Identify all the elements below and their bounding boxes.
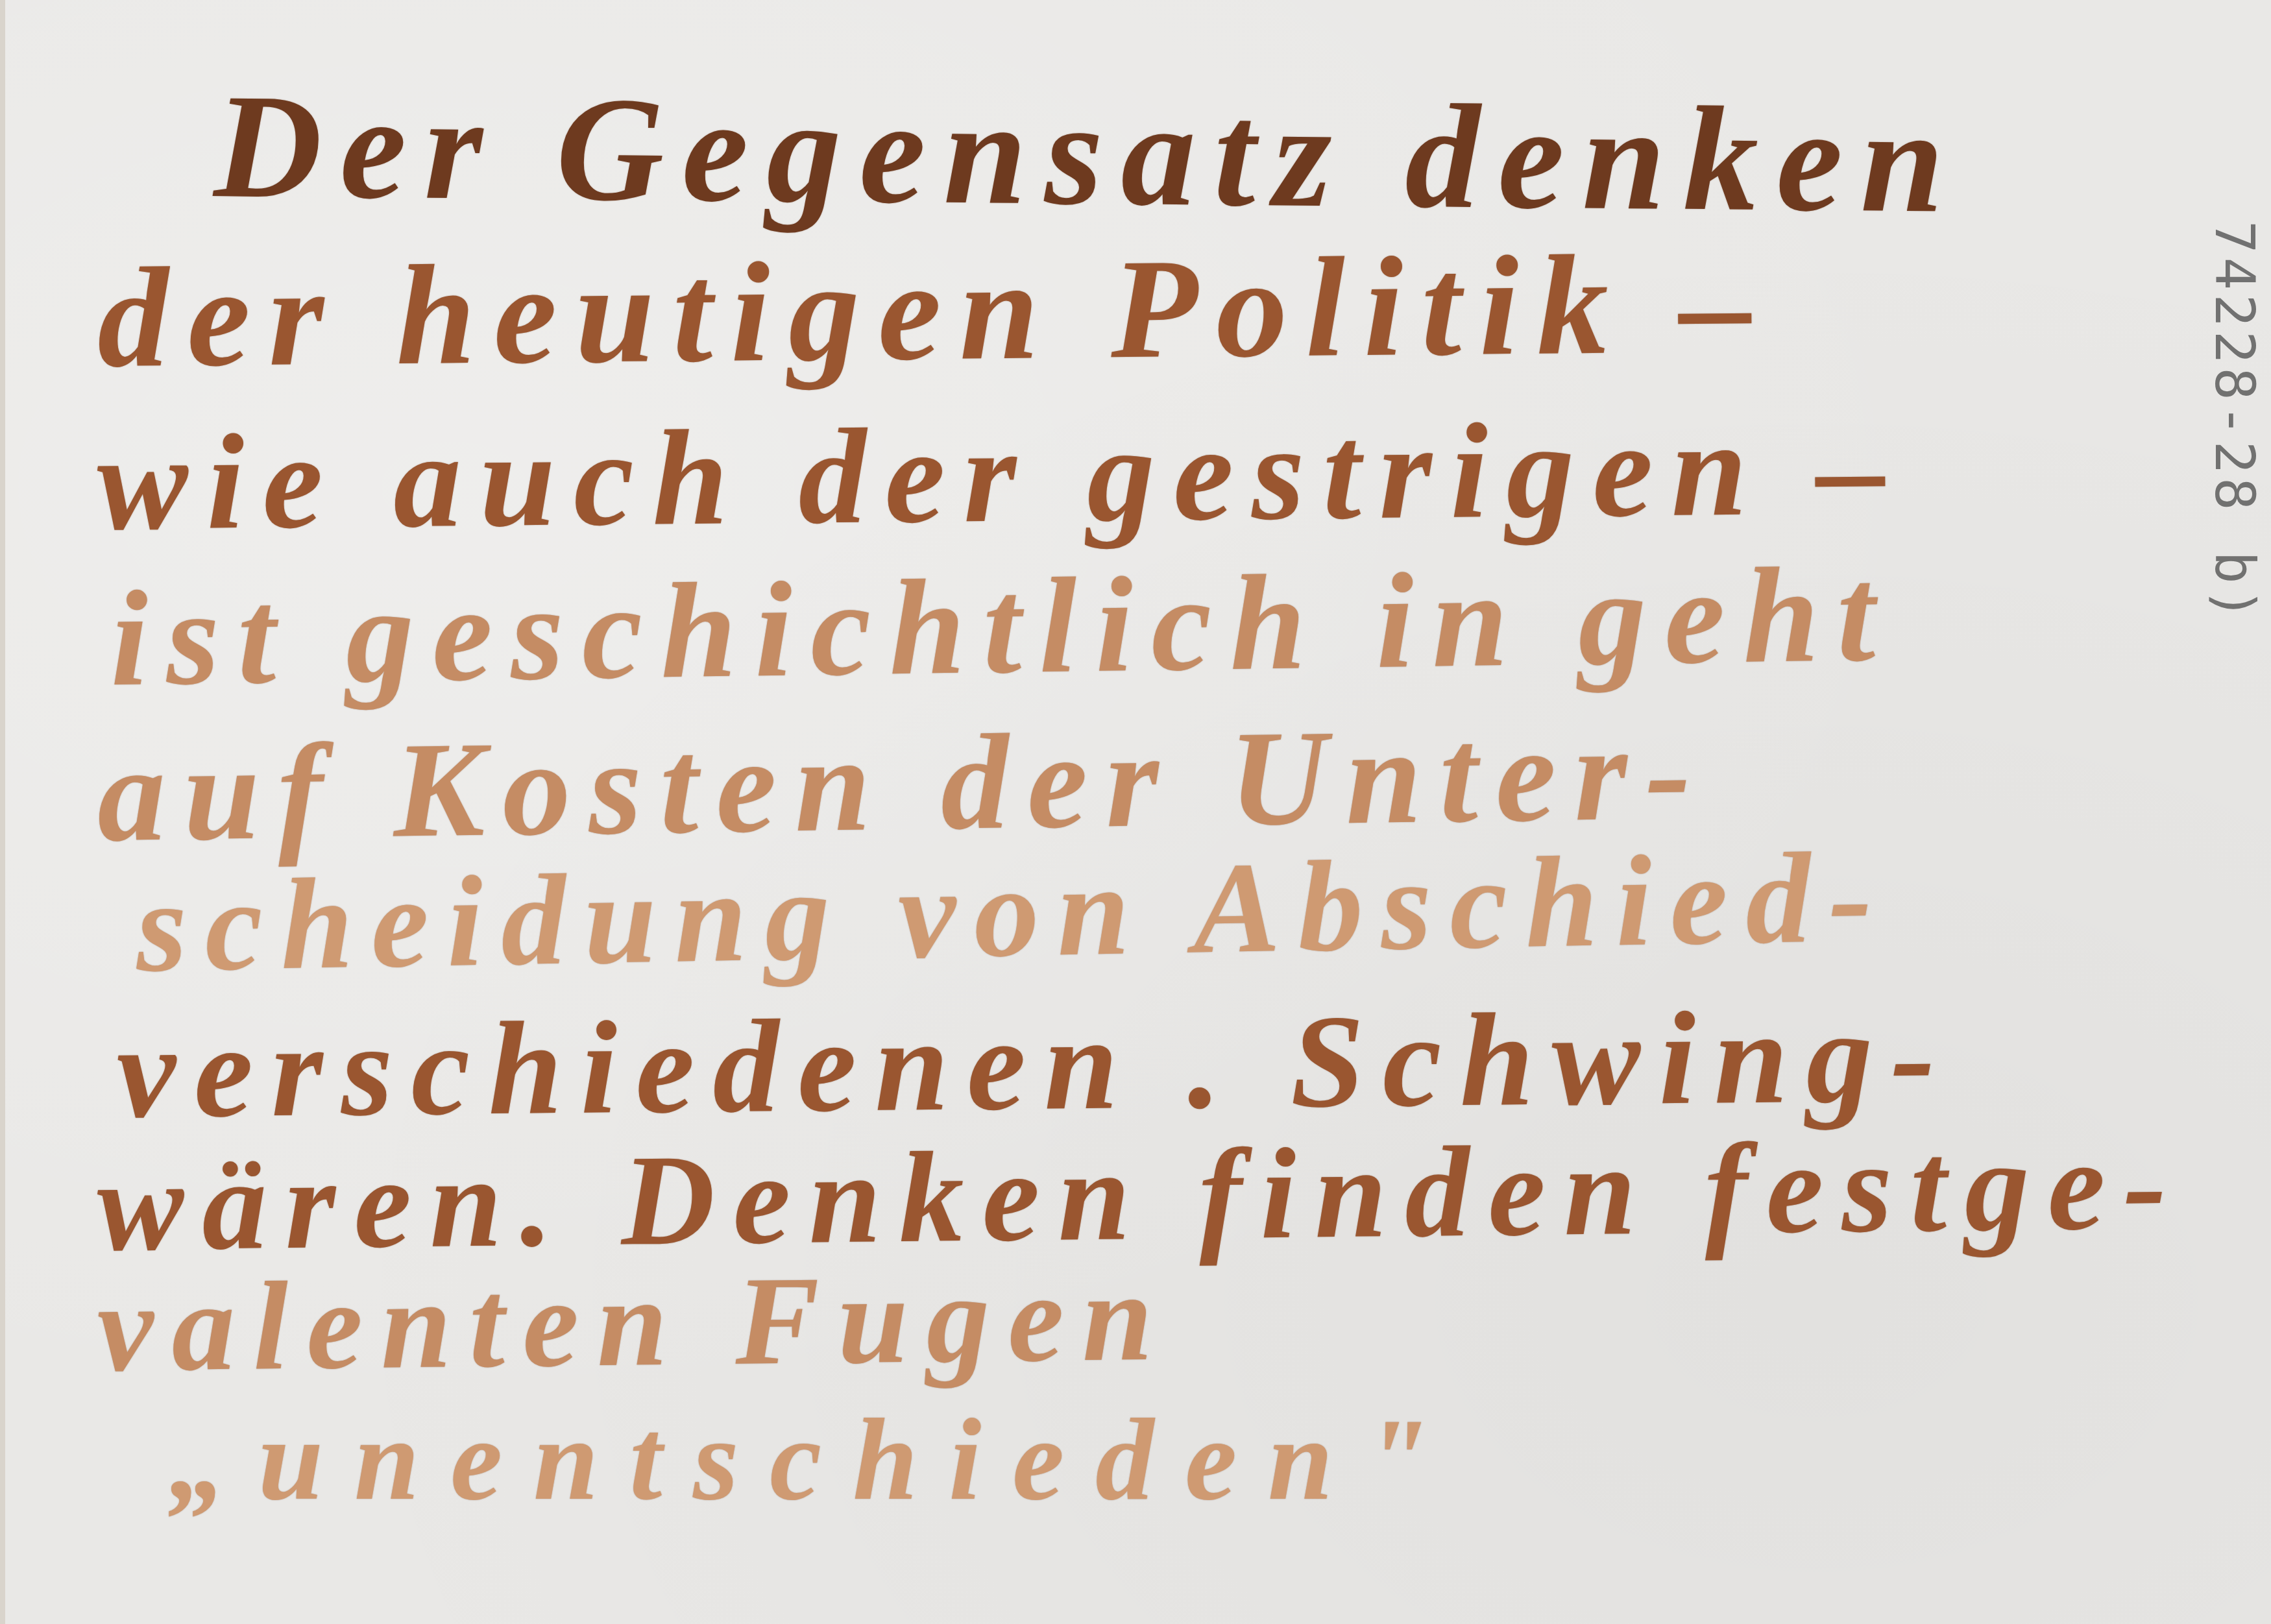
manuscript-line-2: der heutigen Politik –	[97, 232, 1771, 389]
manuscript-line-9: valenten Fugen	[97, 1254, 1171, 1392]
card-edge	[0, 0, 5, 1624]
pencil-archive-number: 74228-28 b)	[2203, 221, 2266, 623]
manuscript-line-7: verschiedenen . Schwing-	[116, 989, 1954, 1139]
manuscript-line-6: scheidung von Abschied-	[135, 832, 1891, 993]
manuscript-line-4: ist geschichtlich in geht	[110, 546, 1894, 707]
manuscript-line-1: Der Gegensatz denken	[213, 71, 1963, 236]
handwritten-card: Der Gegensatz denken der heutigen Politi…	[0, 0, 2271, 1624]
manuscript-line-10: „unentschieden"	[169, 1401, 1460, 1518]
manuscript-line-3: wie auch der gestrigen –	[97, 400, 1904, 551]
